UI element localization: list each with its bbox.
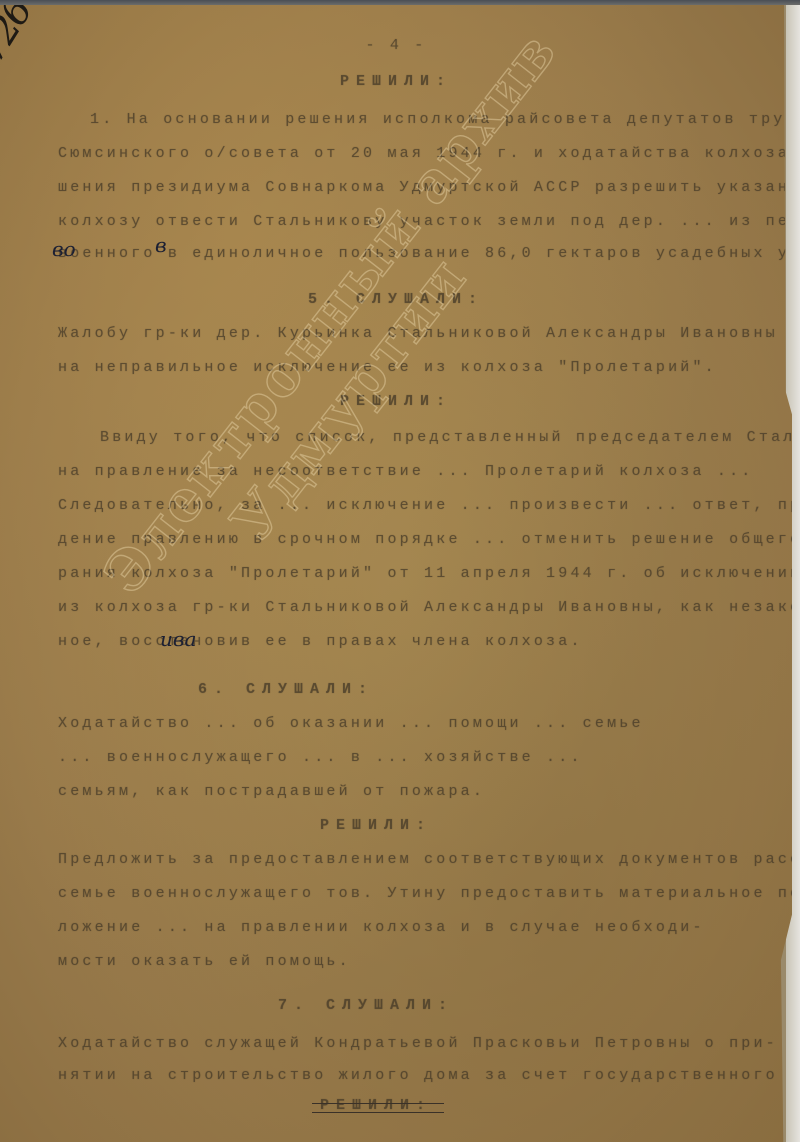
text-line: Ввиду того, что список, представленный п… xyxy=(100,429,800,446)
text-line: на правление за несоответствие ... Проле… xyxy=(58,463,753,480)
text-line: ложение ... на правлении колхоза и в слу… xyxy=(58,919,705,936)
text-line: из колхоза гр-ки Стальниковой Александры… xyxy=(58,599,800,616)
section-heading-decision-1: РЕШИЛИ: xyxy=(0,73,792,90)
text-line: военного в единоличное пользование 86,0 … xyxy=(58,245,800,262)
text-line: Жалобу гр-ки дер. Курьинка Стальниковой … xyxy=(58,325,778,342)
handwritten-insert: в xyxy=(155,233,167,257)
text-line: мости оказать ей помощь. xyxy=(58,953,351,970)
strikethrough-line xyxy=(312,1103,444,1104)
text-line: семье военнослужащего тов. Утину предост… xyxy=(58,885,800,902)
text-line: дение правлению в срочном порядке ... от… xyxy=(58,531,800,548)
text-line: Следовательно, за ... исключение ... про… xyxy=(58,497,800,514)
text-line: нятии на строительство жилого дома за сч… xyxy=(58,1067,800,1084)
handwritten-sheet-number: 726 xyxy=(0,0,40,69)
text-line: ... военнослужащего ... в ... хозяйстве … xyxy=(58,749,583,766)
archival-document-page: 726 - 4 - РЕШИЛИ: 1. На основании решени… xyxy=(0,5,792,1142)
strikethrough-line xyxy=(312,1112,444,1113)
text-line: Ходатайство ... об оказании ... помощи .… xyxy=(58,715,644,732)
handwritten-insert: во xyxy=(52,237,76,261)
page-number: - 4 - xyxy=(0,37,792,54)
text-line: ное, восстановив ее в правах члена колхо… xyxy=(58,633,583,650)
text-line: 1. На основании решения исполкома райсов… xyxy=(90,111,800,128)
text-line: на неправильное исключение ее из колхоза… xyxy=(58,359,717,376)
text-line: Ходатайство служащей Кондратьевой Праско… xyxy=(58,1035,778,1052)
handwritten-insert: ива xyxy=(160,627,196,651)
text-line: рания колхоза "Пролетарий" от 11 апреля … xyxy=(58,565,800,582)
section-heading-heard-5: 5. СЛУШАЛИ: xyxy=(0,291,792,308)
text-line: Сюмсинского о/совета от 20 мая 1944 г. и… xyxy=(58,145,800,162)
text-line: Предложить за предоставлением соответств… xyxy=(58,851,800,868)
scanner-top-edge xyxy=(0,0,800,5)
section-heading-heard-7: 7. СЛУШАЛИ: xyxy=(0,997,762,1014)
text-line: шения президиума Совнаркома Удмуртской А… xyxy=(58,179,800,196)
text-line: семьям, как пострадавшей от пожара. xyxy=(58,783,485,800)
section-heading-heard-6: 6. СЛУШАЛИ: xyxy=(0,681,682,698)
text-line: колхозу отвести Стальникову участок земл… xyxy=(58,213,800,230)
section-heading-decision-6: РЕШИЛИ: xyxy=(0,817,772,834)
section-heading-decision-5: РЕШИЛИ: xyxy=(0,393,792,410)
